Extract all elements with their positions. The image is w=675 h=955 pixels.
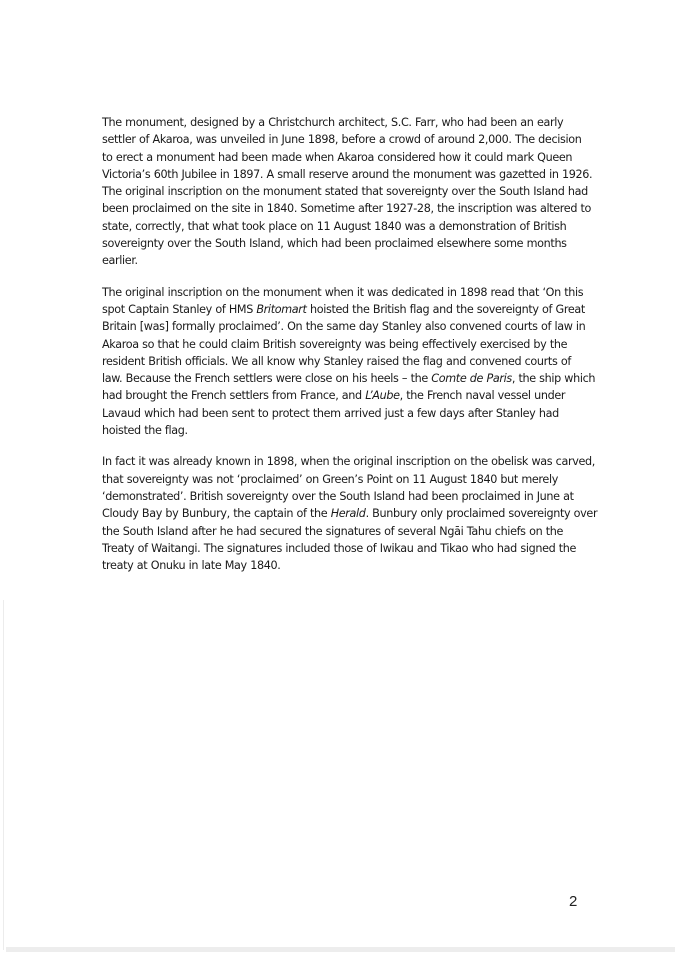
scan-left-edge bbox=[3, 600, 4, 950]
text-line: spot Captain Stanley of HMS Britomart ho… bbox=[102, 301, 574, 318]
text-run: , the French naval vessel under bbox=[400, 389, 565, 402]
paragraph-2: The original inscription on the monument… bbox=[102, 284, 574, 440]
text-line: Victoria’s 60th Jubilee in 1897. A small… bbox=[102, 166, 574, 183]
text-line: resident British officials. We all know … bbox=[102, 353, 574, 370]
ship-name-laube: L’Aube bbox=[365, 389, 399, 402]
text-line: The original inscription on the monument… bbox=[102, 284, 574, 301]
text-line: In fact it was already known in 1898, wh… bbox=[102, 453, 574, 470]
text-line: state, correctly, that what took place o… bbox=[102, 218, 574, 235]
paragraph-1: The monument, designed by a Christchurch… bbox=[102, 114, 574, 270]
ship-name-britomart: Britomart bbox=[256, 303, 306, 316]
text-run: Cloudy Bay by Bunbury, the captain of th… bbox=[102, 507, 331, 520]
text-line: Lavaud which had been sent to protect th… bbox=[102, 405, 574, 422]
text-run: had brought the French settlers from Fra… bbox=[102, 389, 365, 402]
text-line: to erect a monument had been made when A… bbox=[102, 149, 574, 166]
text-line: Britain [was] formally proclaimed’. On t… bbox=[102, 318, 574, 335]
text-line: Akaroa so that he could claim British so… bbox=[102, 336, 574, 353]
text-line: The original inscription on the monument… bbox=[102, 183, 574, 200]
text-line: had brought the French settlers from Fra… bbox=[102, 387, 574, 404]
text-line: that sovereignty was not ‘proclaimed’ on… bbox=[102, 471, 574, 488]
text-line: the South Island after he had secured th… bbox=[102, 523, 574, 540]
text-line: Treaty of Waitangi. The signatures inclu… bbox=[102, 540, 574, 557]
text-run: spot Captain Stanley of HMS bbox=[102, 303, 256, 316]
text-run: , the ship which bbox=[512, 372, 595, 385]
text-run: . Bunbury only proclaimed sovereignty ov… bbox=[366, 507, 598, 520]
paragraph-3: In fact it was already known in 1898, wh… bbox=[102, 453, 574, 574]
document-page: The monument, designed by a Christchurch… bbox=[0, 0, 675, 955]
ship-name-comte-de-paris: Comte de Paris bbox=[431, 372, 512, 385]
document-body: The monument, designed by a Christchurch… bbox=[102, 114, 574, 588]
page-number: 2 bbox=[569, 893, 577, 910]
text-line: been proclaimed on the site in 1840. Som… bbox=[102, 200, 574, 217]
text-line: hoisted the flag. bbox=[102, 422, 574, 439]
text-run: law. Because the French settlers were cl… bbox=[102, 372, 431, 385]
text-line: sovereignty over the South Island, which… bbox=[102, 235, 574, 252]
scan-bottom-edge bbox=[6, 947, 675, 952]
text-run: hoisted the British flag and the soverei… bbox=[307, 303, 585, 316]
text-line: ‘demonstrated’. British sovereignty over… bbox=[102, 488, 574, 505]
text-line: earlier. bbox=[102, 252, 574, 269]
text-line: settler of Akaroa, was unveiled in June … bbox=[102, 131, 574, 148]
text-line: law. Because the French settlers were cl… bbox=[102, 370, 574, 387]
text-line: The monument, designed by a Christchurch… bbox=[102, 114, 574, 131]
text-line: treaty at Onuku in late May 1840. bbox=[102, 557, 574, 574]
text-line: Cloudy Bay by Bunbury, the captain of th… bbox=[102, 505, 574, 522]
ship-name-herald: Herald bbox=[331, 507, 366, 520]
